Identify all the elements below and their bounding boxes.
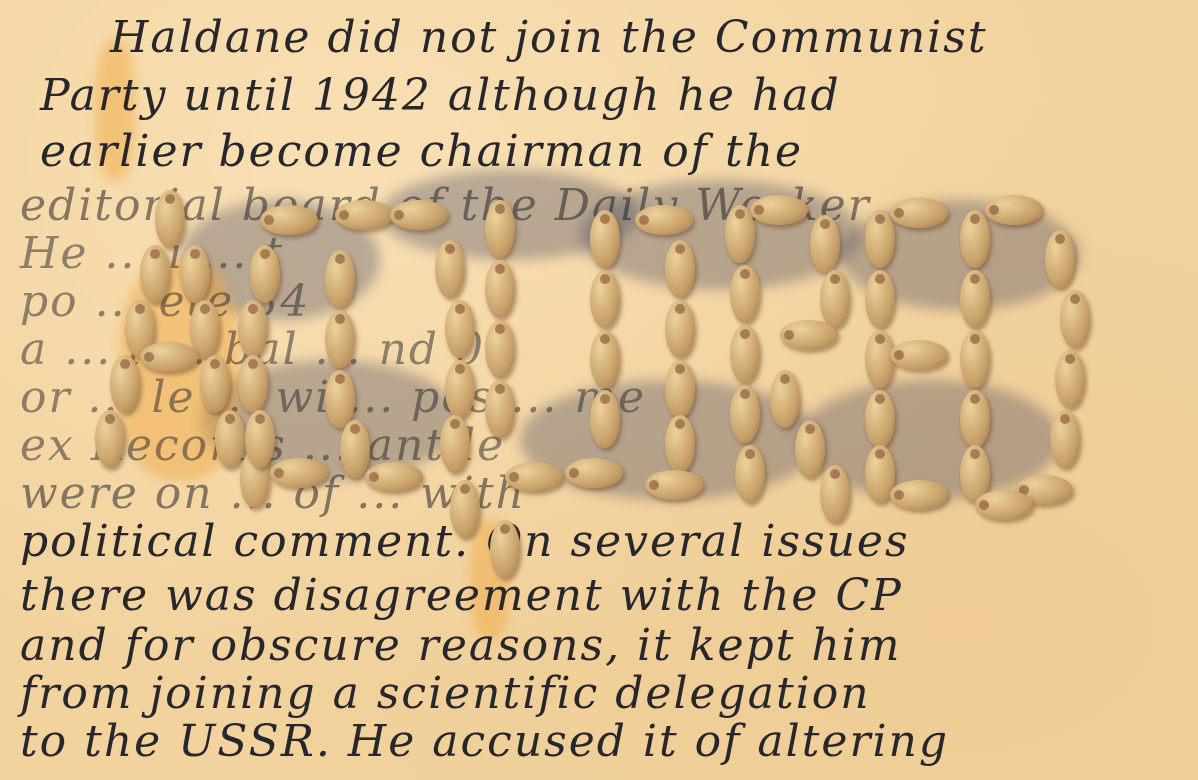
handwriting-line: Haldane did not join the Communist [110, 12, 988, 63]
handwriting-line: from joining a scientific delegation [20, 668, 871, 719]
handwriting-line: earlier become chairman of the [40, 126, 803, 177]
handwriting-line: to the USSR. He accused it of altering [20, 716, 949, 767]
grain-word [90, 190, 1110, 530]
handwriting-line: Party until 1942 although he had [40, 70, 841, 121]
handwritten-card: Haldane did not join the Communist Party… [0, 0, 1198, 780]
handwriting-line: and for obscure reasons, it kept him [20, 620, 901, 671]
handwriting-line: there was disagreement with the CP [20, 570, 903, 621]
